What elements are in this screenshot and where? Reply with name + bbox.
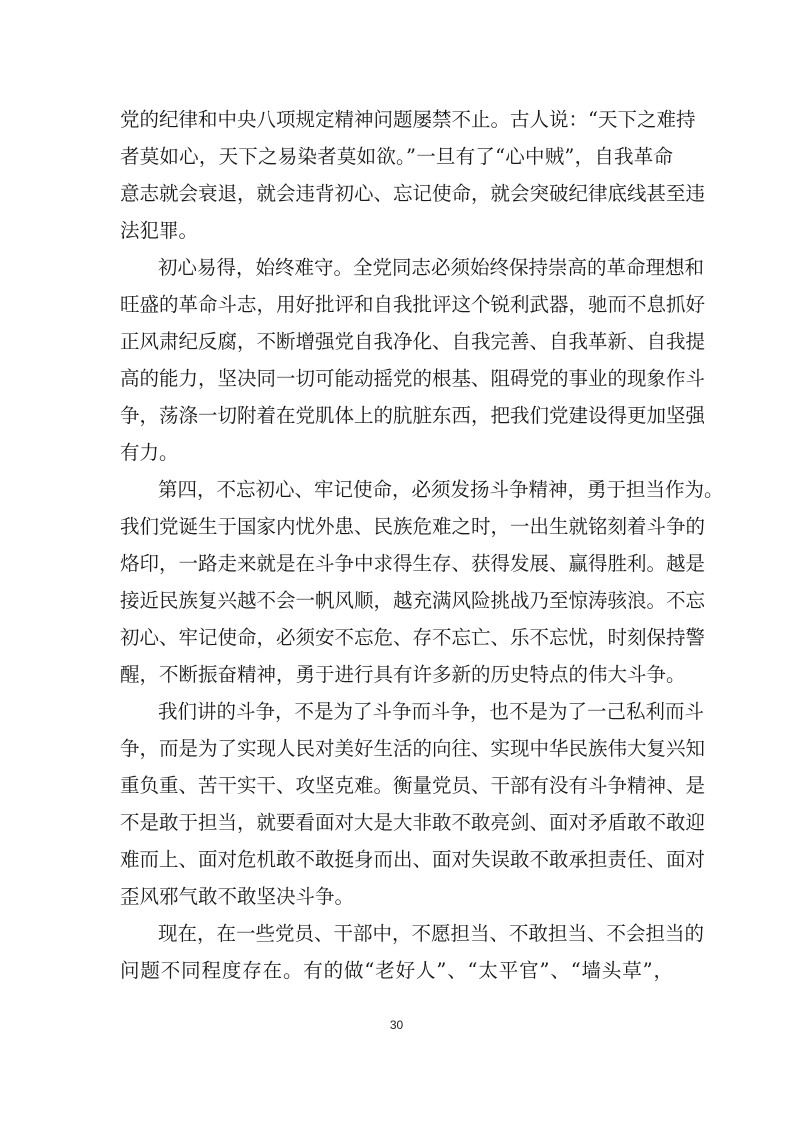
document-body: 党的纪律和中央八项规定精神问题屡禁不止。古人说：“天下之难持 者莫如心，天下之易… bbox=[120, 101, 673, 989]
text-line: 初心易得，始终难守。全党同志必须始终保持崇高的革命理想和 bbox=[120, 249, 673, 286]
text-line: 歪风邪气敢不敢坚决斗争。 bbox=[120, 878, 673, 915]
text-line: 高的能力，坚决同一切可能动摇党的根基、阻碍党的事业的现象作斗 bbox=[120, 360, 673, 397]
paragraph: 我们讲的斗争，不是为了斗争而斗争，也不是为了一己私利而斗 争，而是为了实现人民对… bbox=[120, 693, 673, 915]
text-line: 初心、牢记使命，必须安不忘危、存不忘亡、乐不忘忧，时刻保持警 bbox=[120, 619, 673, 656]
text-line: 争，荡涤一切附着在党肌体上的肮脏东西，把我们党建设得更加坚强 bbox=[120, 397, 673, 434]
text-line: 者莫如心，天下之易染者莫如欲。”一旦有了“心中贼”，自我革命 bbox=[120, 138, 673, 175]
text-line: 我们讲的斗争，不是为了斗争而斗争，也不是为了一己私利而斗 bbox=[120, 693, 673, 730]
text-line: 第四，不忘初心、牢记使命，必须发扬斗争精神，勇于担当作为。 bbox=[120, 471, 673, 508]
page-number: 30 bbox=[0, 1018, 793, 1032]
paragraph: 现在，在一些党员、干部中，不愿担当、不敢担当、不会担当的 问题不同程度存在。有的… bbox=[120, 915, 673, 989]
text-line: 党的纪律和中央八项规定精神问题屡禁不止。古人说：“天下之难持 bbox=[120, 101, 673, 138]
text-line: 旺盛的革命斗志，用好批评和自我批评这个锐利武器，驰而不息抓好 bbox=[120, 286, 673, 323]
text-line: 烙印，一路走来就是在斗争中求得生存、获得发展、赢得胜利。越是 bbox=[120, 545, 673, 582]
text-line: 正风肃纪反腐，不断增强党自我净化、自我完善、自我革新、自我提 bbox=[120, 323, 673, 360]
text-line: 重负重、苦干实干、攻坚克难。衡量党员、干部有没有斗争精神、是 bbox=[120, 767, 673, 804]
text-line: 现在，在一些党员、干部中，不愿担当、不敢担当、不会担当的 bbox=[120, 915, 673, 952]
paragraph: 第四，不忘初心、牢记使命，必须发扬斗争精神，勇于担当作为。 我们党诞生于国家内忧… bbox=[120, 471, 673, 693]
text-line: 我们党诞生于国家内忧外患、民族危难之时，一出生就铭刻着斗争的 bbox=[120, 508, 673, 545]
paragraph: 党的纪律和中央八项规定精神问题屡禁不止。古人说：“天下之难持 者莫如心，天下之易… bbox=[120, 101, 673, 249]
text-line: 意志就会衰退，就会违背初心、忘记使命，就会突破纪律底线甚至违 bbox=[120, 175, 673, 212]
text-line: 法犯罪。 bbox=[120, 212, 673, 249]
text-line: 接近民族复兴越不会一帆风顺，越充满风险挑战乃至惊涛骇浪。不忘 bbox=[120, 582, 673, 619]
text-line: 不是敢于担当，就要看面对大是大非敢不敢亮剑、面对矛盾敢不敢迎 bbox=[120, 804, 673, 841]
text-line: 有力。 bbox=[120, 434, 673, 471]
text-line: 醒，不断振奋精神，勇于进行具有许多新的历史特点的伟大斗争。 bbox=[120, 656, 673, 693]
paragraph: 初心易得，始终难守。全党同志必须始终保持崇高的革命理想和 旺盛的革命斗志，用好批… bbox=[120, 249, 673, 471]
text-line: 问题不同程度存在。有的做“老好人”、“太平官”、“墙头草”， bbox=[120, 952, 673, 989]
text-line: 难而上、面对危机敢不敢挺身而出、面对失误敢不敢承担责任、面对 bbox=[120, 841, 673, 878]
text-line: 争，而是为了实现人民对美好生活的向往、实现中华民族伟大复兴知 bbox=[120, 730, 673, 767]
